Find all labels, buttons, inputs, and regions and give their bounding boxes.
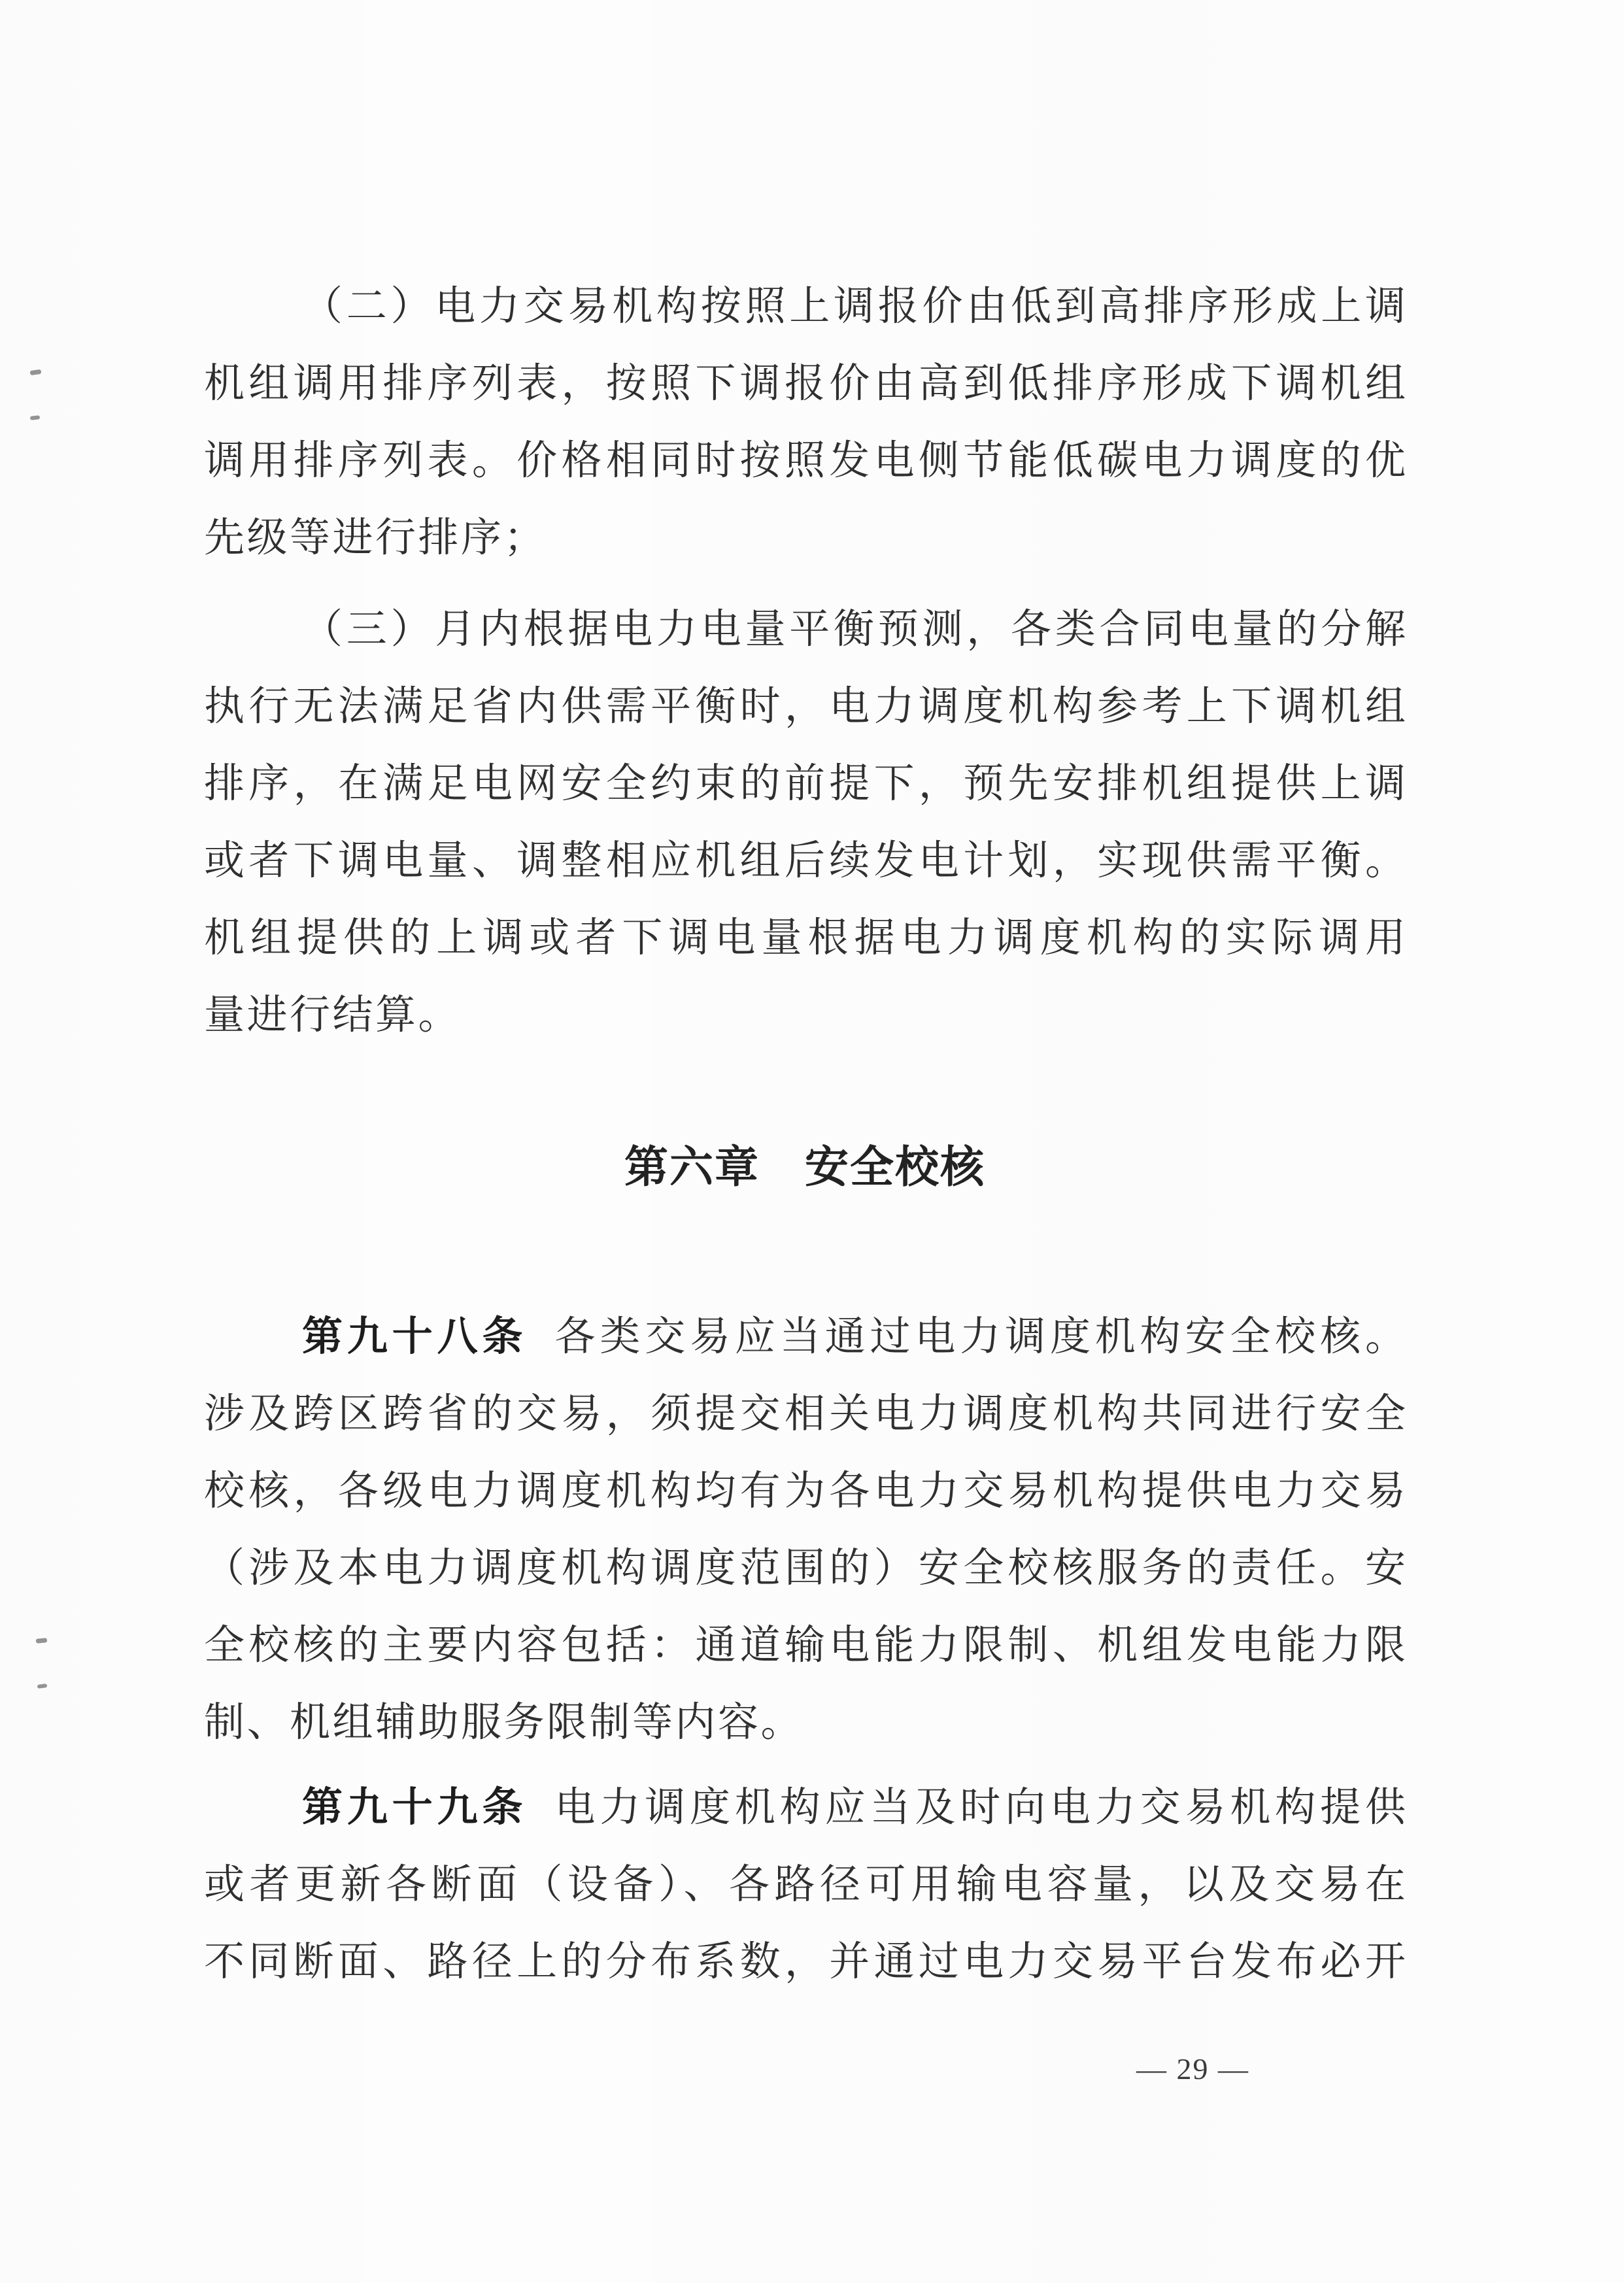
- article-99-first-line-text: 电力调度机构应当及时向电力交易机构提供: [554, 1785, 1406, 1830]
- text-line: （二）电力交易机构按照上调报价由低到高排序形成上调: [204, 268, 1406, 345]
- chapter-heading: 第六章 安全校核: [204, 1129, 1406, 1206]
- text-line: 制、机组辅助服务限制等内容。: [204, 1684, 1406, 1761]
- text-line: 调用排序列表。价格相同时按照发电侧节能低碳电力调度的优: [204, 422, 1406, 499]
- text-line: 量进行结算。: [204, 977, 1406, 1054]
- text-line: 第九十八条各类交易应当通过电力调度机构安全校核。: [204, 1298, 1406, 1376]
- text-line: 排序，在满足电网安全约束的前提下，预先安排机组提供上调: [204, 745, 1406, 822]
- paragraph-item-3: （三）月内根据电力电量平衡预测，各类合同电量的分解 执行无法满足省内供需平衡时，…: [204, 591, 1406, 1054]
- text-line: （涉及本电力调度机构调度范围的）安全校核服务的责任。安: [204, 1530, 1406, 1607]
- text-line: （三）月内根据电力电量平衡预测，各类合同电量的分解: [204, 591, 1406, 668]
- article-98-first-line-text: 各类交易应当通过电力调度机构安全校核。: [554, 1315, 1406, 1359]
- text-line: 机组调用排序列表，按照下调报价由高到低排序形成下调机组: [204, 345, 1406, 422]
- article-99-label: 第九十九条: [302, 1785, 527, 1830]
- text-line: 执行无法满足省内供需平衡时，电力调度机构参考上下调机组: [204, 668, 1406, 745]
- paragraph-item-2: （二）电力交易机构按照上调报价由低到高排序形成上调 机组调用排序列表，按照下调报…: [204, 268, 1406, 577]
- text-line: 机组提供的上调或者下调电量根据电力调度机构的实际调用: [204, 900, 1406, 977]
- document-text-block: （二）电力交易机构按照上调报价由低到高排序形成上调 机组调用排序列表，按照下调报…: [204, 268, 1406, 2001]
- scan-speck: [36, 1638, 48, 1643]
- text-line: 涉及跨区跨省的交易，须提交相关电力调度机构共同进行安全: [204, 1376, 1406, 1453]
- text-line: 或者更新各断面（设备）、各路径可用输电容量，以及交易在: [204, 1846, 1406, 1923]
- text-line: 不同断面、路径上的分布系数，并通过电力交易平台发布必开: [204, 1923, 1406, 2001]
- paragraph-article-98: 第九十八条各类交易应当通过电力调度机构安全校核。 涉及跨区跨省的交易，须提交相关…: [204, 1298, 1406, 1761]
- text-line: 全校核的主要内容包括：通道输电能力限制、机组发电能力限: [204, 1607, 1406, 1684]
- article-98-label: 第九十八条: [302, 1315, 527, 1359]
- paragraph-article-99: 第九十九条电力调度机构应当及时向电力交易机构提供 或者更新各断面（设备）、各路径…: [204, 1769, 1406, 2001]
- text-line: 先级等进行排序；: [204, 499, 1406, 577]
- text-line: 校核，各级电力调度机构均有为各电力交易机构提供电力交易: [204, 1453, 1406, 1530]
- text-line: 第九十九条电力调度机构应当及时向电力交易机构提供: [204, 1769, 1406, 1846]
- text-line: 或者下调电量、调整相应机组后续发电计划，实现供需平衡。: [204, 822, 1406, 900]
- page-number: — 29 —: [1136, 2052, 1249, 2086]
